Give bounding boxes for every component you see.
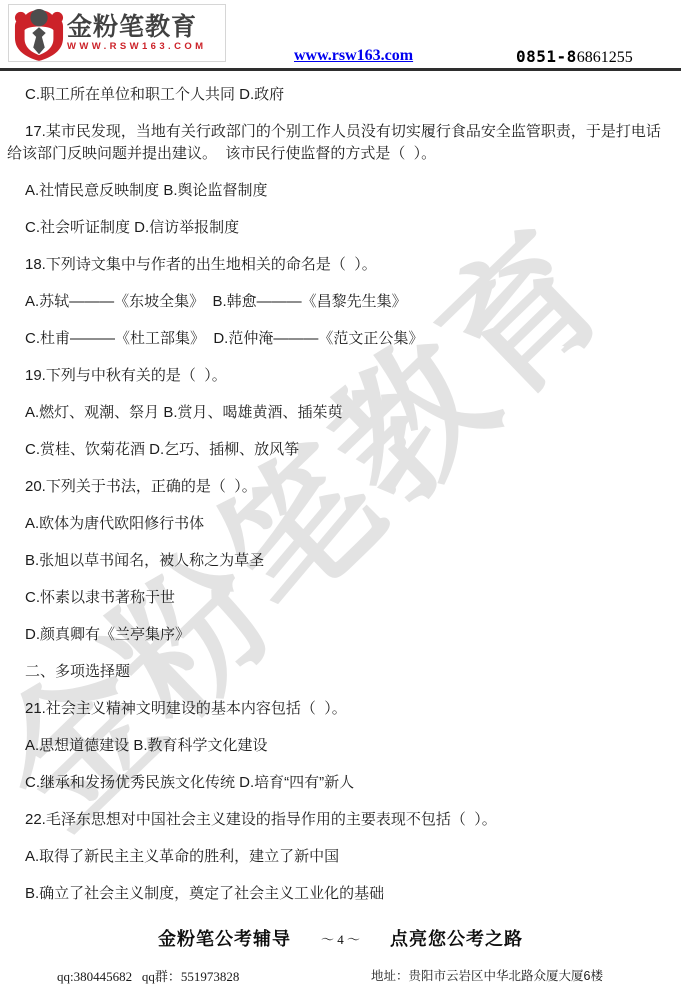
question-line: 17.某市民发现，当地有关行政部门的个别工作人员没有切实履行食品安全监管职责，于… (7, 121, 675, 165)
option-line: A.燃灯、观潮、祭月 B.赏月、喝雄黄酒、插茱萸 (7, 402, 675, 424)
option-line: C.社会听证制度 D.信访举报制度 (7, 217, 675, 239)
website-link[interactable]: www.rsw163.com (294, 47, 413, 65)
header: 金粉笔教育 WWW.RSW163.COM www.rsw163.com 0851… (0, 0, 681, 71)
option-line: A.取得了新民主主义革命的胜利，建立了新中国 (7, 846, 675, 868)
option-line: A.欧体为唐代欧阳修行书体 (7, 513, 675, 535)
option-line: A.思想道德建设 B.教育科学文化建设 (7, 735, 675, 757)
option-line: C.继承和发扬优秀民族文化传统 D.培育“四有”新人 (7, 772, 675, 794)
footer-contact-line: qq:380445682 qq群：551973828 地址：贵阳市云岩区中华北路… (0, 966, 681, 985)
footer-brand-line: 金粉笔公考辅导 ～ 4 ～ 点亮您公考之路 (0, 925, 681, 951)
option-line: C.怀素以隶书著称于世 (7, 587, 675, 609)
footer-brand-left: 金粉笔公考辅导 (158, 925, 291, 951)
page-number: ～ 4 ～ (321, 929, 360, 948)
footer-address: 地址：贵阳市云岩区中华北路众厦大厦6楼 (371, 966, 603, 985)
document-page: 金粉笔教育 金粉笔教育 WWW.RSW163.COM www.rsw163.co… (0, 0, 681, 1002)
phone-number: 0851-86861255 (516, 47, 633, 67)
footer-brand-right: 点亮您公考之路 (390, 925, 523, 951)
option-line: B.张旭以草书闻名，被人称之为草圣 (7, 550, 675, 572)
exam-question-content: C.职工所在单位和职工个人共同 D.政府 17.某市民发现，当地有关行政部门的个… (0, 71, 681, 920)
option-line: B.确立了社会主义制度，奠定了社会主义工业化的基础 (7, 883, 675, 905)
option-line: C.赏桂、饮菊花酒 D.乞巧、插柳、放风筝 (7, 439, 675, 461)
phone-suffix: 6861255 (577, 49, 633, 66)
option-line: C.杜甫———《杜工部集》 D.范仲淹———《范文正公集》 (7, 328, 675, 350)
phone-prefix: 0851-8 (516, 47, 577, 66)
brand-url: WWW.RSW163.COM (67, 41, 206, 53)
option-line: D.颜真卿有《兰亭集序》 (7, 624, 675, 646)
option-line: A.苏轼———《东坡全集》 B.韩愈———《昌黎先生集》 (7, 291, 675, 313)
logo-text: 金粉笔教育 WWW.RSW163.COM (67, 14, 206, 53)
question-line: 21.社会主义精神文明建设的基本内容包括（ ）。 (7, 698, 675, 720)
brand-name: 金粉笔教育 (67, 14, 206, 41)
question-line: 18.下列诗文集中与作者的出生地相关的命名是（ ）。 (7, 254, 675, 276)
option-line: A.社情民意反映制度 B.舆论监督制度 (7, 180, 675, 202)
question-line: 19.下列与中秋有关的是（ ）。 (7, 365, 675, 387)
question-line: 20.下列关于书法，正确的是（ ）。 (7, 476, 675, 498)
logo: 金粉笔教育 WWW.RSW163.COM (8, 4, 226, 62)
footer-qq: qq:380445682 qq群：551973828 (57, 966, 239, 985)
brand-logo-icon (14, 7, 64, 61)
question-line: 22.毛泽东思想对中国社会主义建设的指导作用的主要表现不包括（ ）。 (7, 809, 675, 831)
section-heading: 二、多项选择题 (7, 661, 675, 683)
option-line: C.职工所在单位和职工个人共同 D.政府 (7, 84, 675, 106)
